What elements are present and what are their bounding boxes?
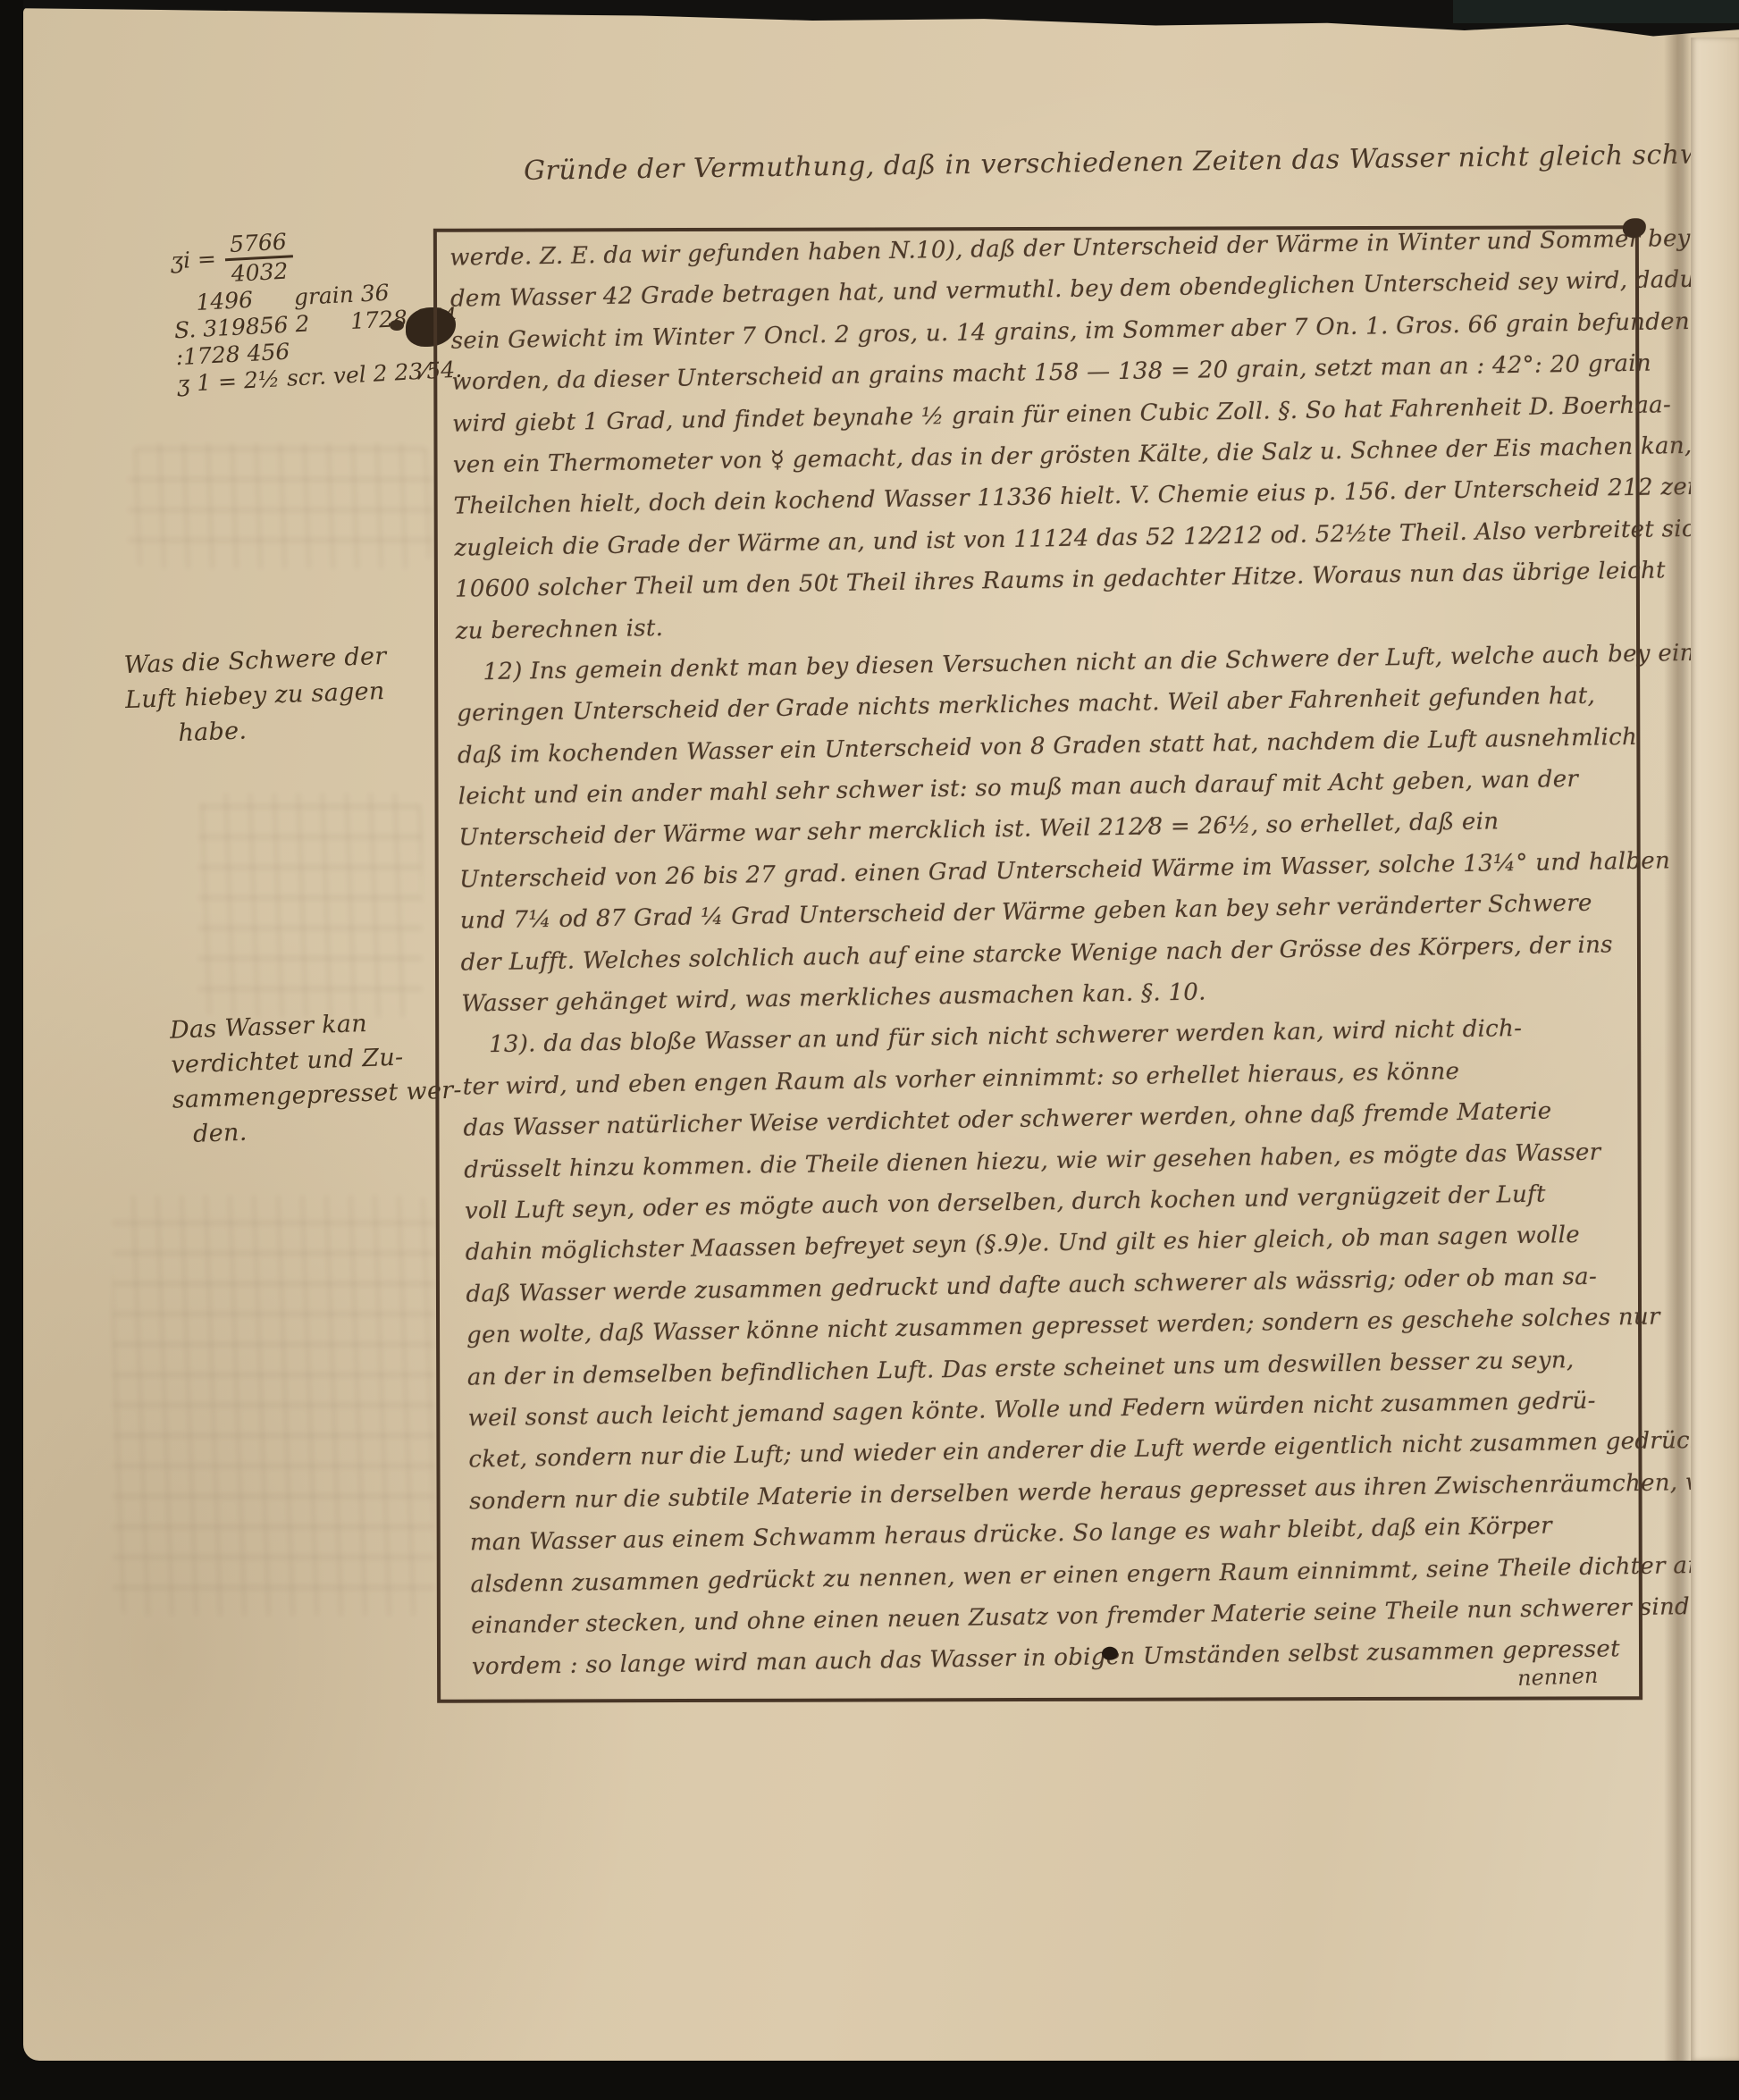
margin-note-1: Was die Schwere der Luft hiebey zu sagen…: [123, 639, 390, 752]
catchword: nennen: [1516, 1663, 1598, 1691]
bleed-through-patch: [113, 1196, 434, 1616]
margin-note-2: Das Wasser kan verdichtet und Zu- sammen…: [169, 1003, 463, 1152]
book-fore-edge: [1691, 38, 1739, 2061]
page-fold-shadow: [1664, 34, 1691, 2061]
main-text: werde. Z. E. da wir gefunden haben N.10)…: [449, 218, 1723, 1688]
page-title: Gründe der Vermuthung, daß in verschiede…: [524, 138, 1739, 187]
scan-top-edge-tint: [1453, 0, 1739, 23]
apothecary-symbol: ʒi =: [170, 246, 216, 274]
bleed-through-patch: [129, 443, 433, 568]
calc-value: 1496: [196, 287, 254, 315]
fraction: 57664032: [223, 228, 294, 288]
scan-background: Gründe der Vermuthung, daß in verschiede…: [0, 0, 1739, 2100]
fraction-numerator: 5766: [223, 228, 292, 261]
fraction-denominator: 4032: [225, 257, 294, 288]
text-frame: werde. Z. E. da wir gefunden haben N.10)…: [433, 225, 1642, 1703]
grain-note: grain 36: [293, 280, 390, 311]
manuscript-page: Gründe der Vermuthung, daß in verschiede…: [23, 7, 1739, 2061]
bleed-through-patch: [198, 794, 422, 1017]
ink-dot: [1102, 1647, 1118, 1660]
